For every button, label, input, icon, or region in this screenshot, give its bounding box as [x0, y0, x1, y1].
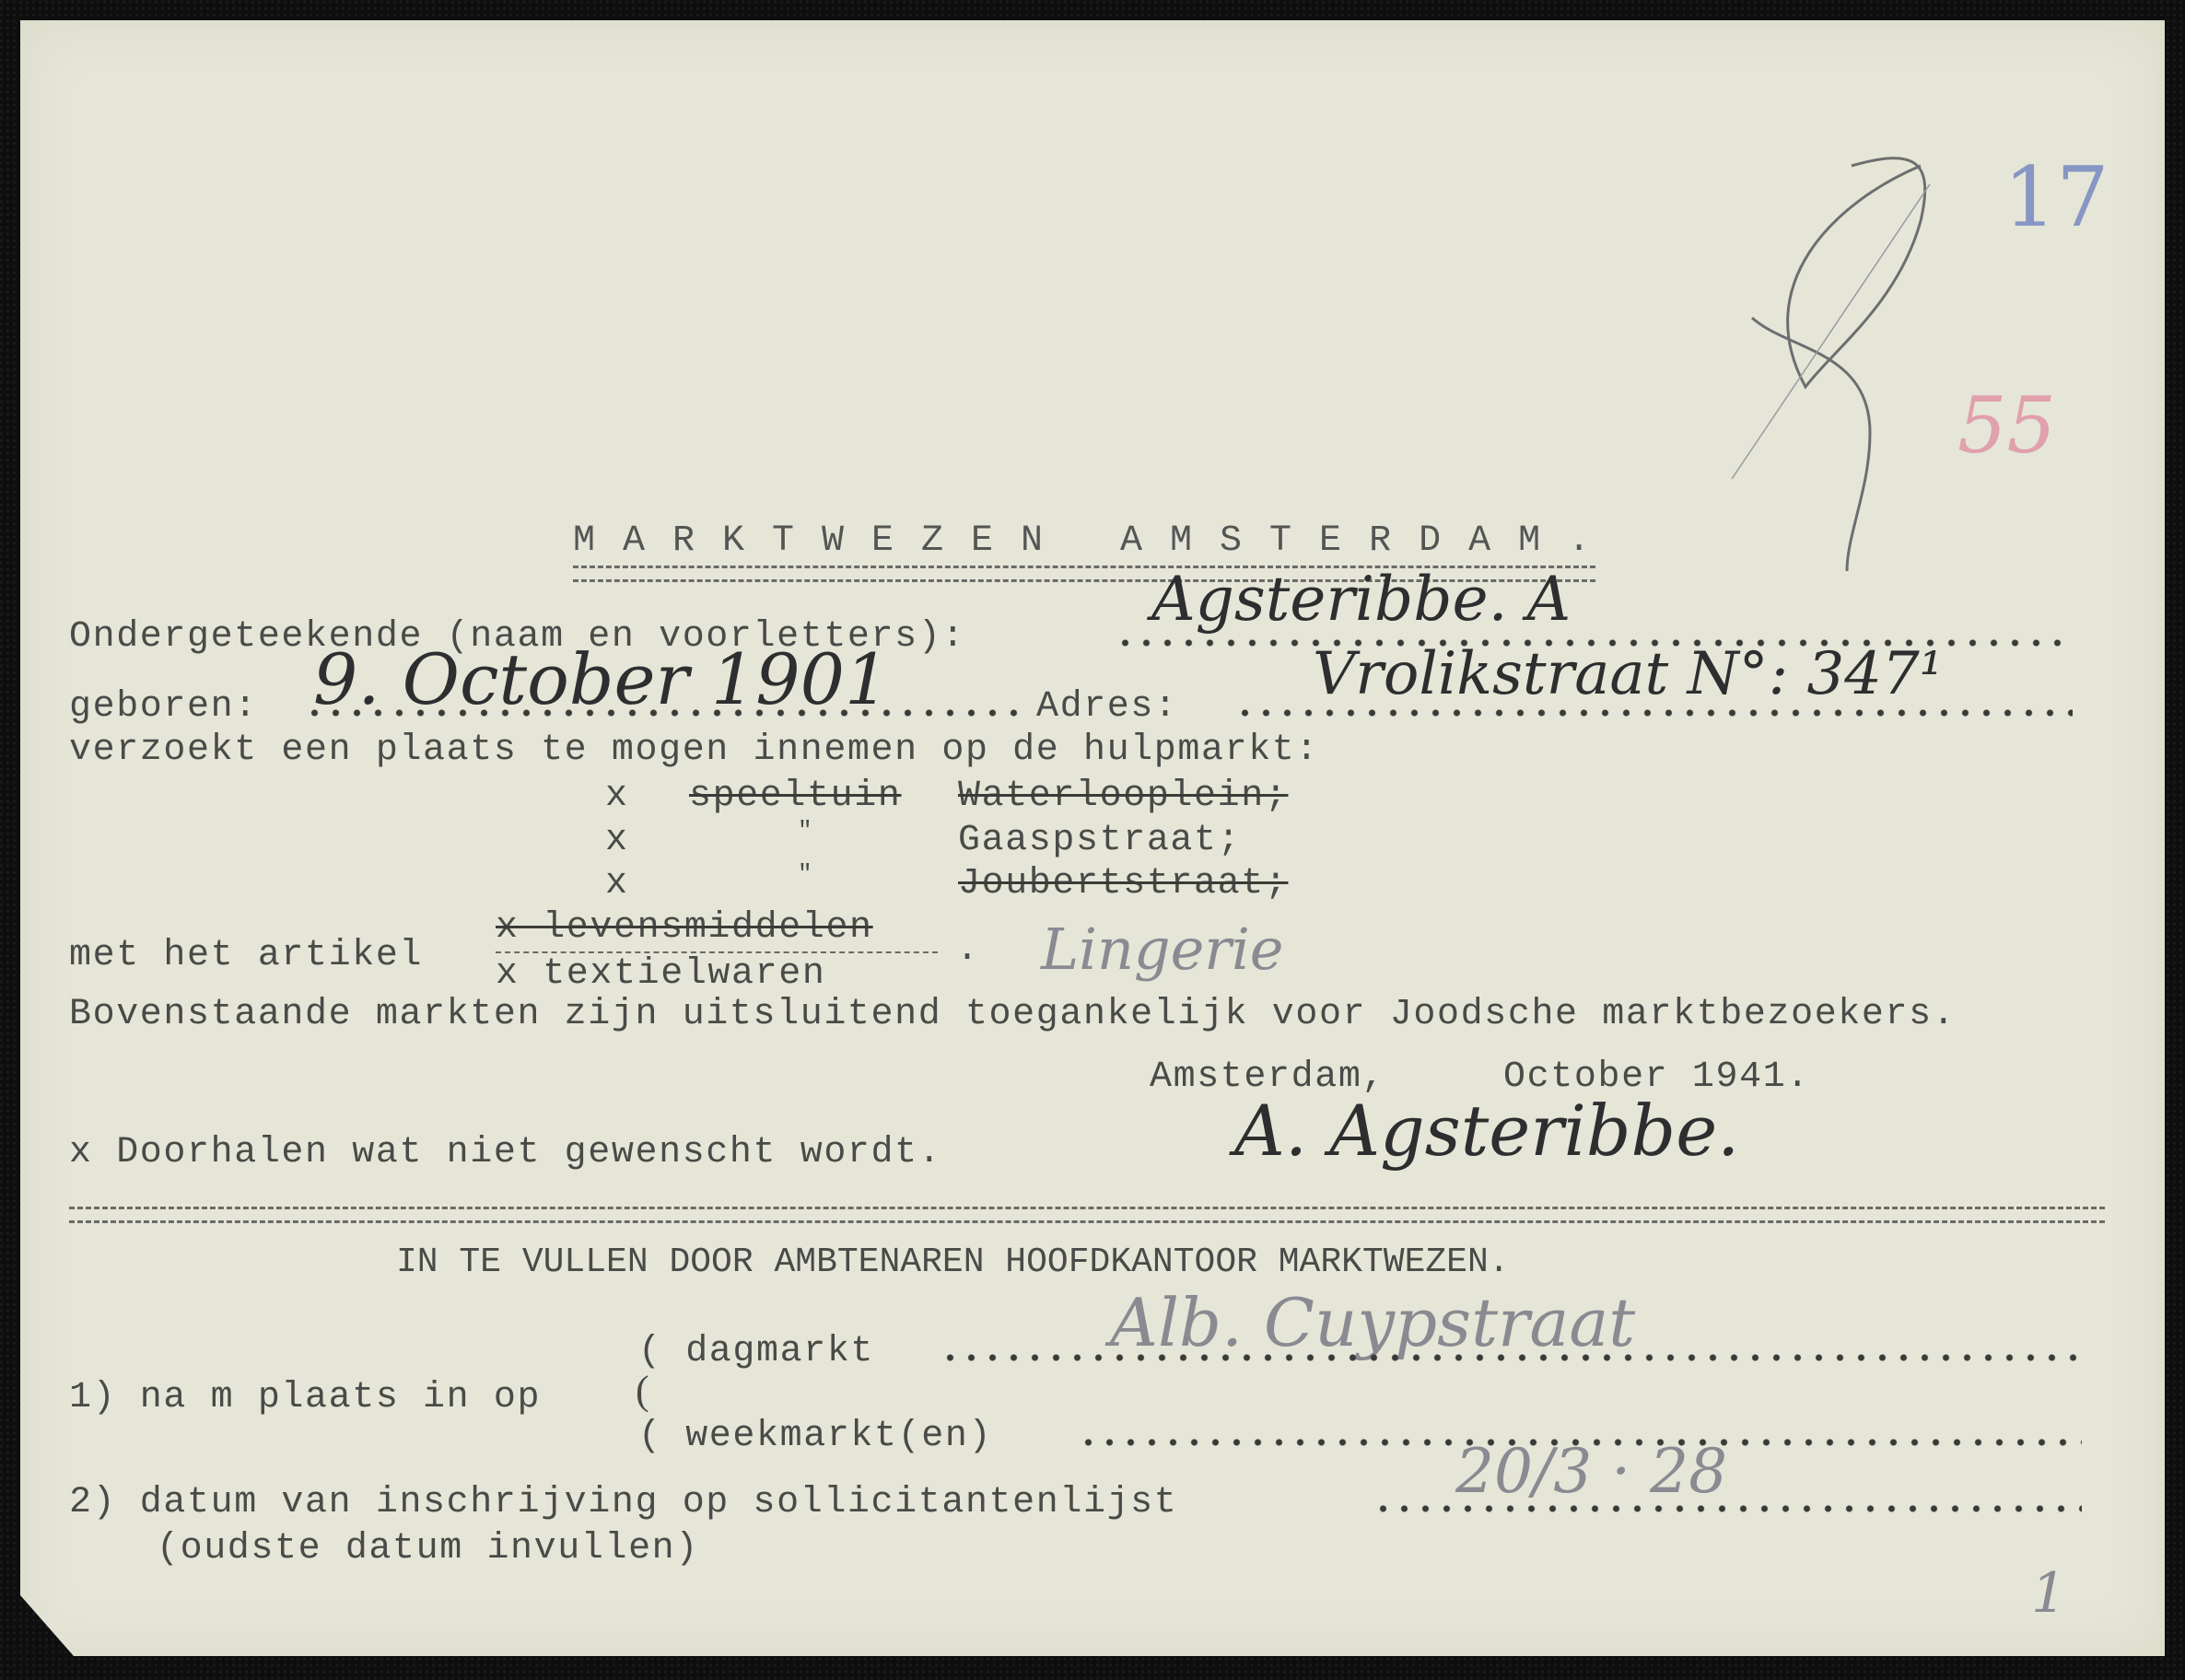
- address-value: Vrolikstraat N°: 347¹: [1313, 645, 1943, 704]
- article-option-1: x levensmiddelen: [496, 910, 873, 947]
- office-section-title: IN TE VULLEN DOOR AMBTENAREN HOOFDKANTOO…: [396, 1245, 1510, 1280]
- item1-brace: (: [636, 1371, 649, 1411]
- footnote: x Doorhalen wat niet gewenscht wordt.: [69, 1135, 941, 1172]
- item1-day-dotted-line: [940, 1354, 2082, 1361]
- article-handwritten: Lingerie: [1041, 921, 1283, 978]
- market-name-3: Joubertstraat;: [958, 866, 1288, 903]
- item1-handwritten: Alb. Cuypstraat: [1110, 1289, 1635, 1356]
- notice-text: Bovenstaande markten zijn uitsluitend to…: [69, 997, 1956, 1033]
- market-prefix-1: speeltuin: [689, 778, 901, 815]
- address-label: Adres:: [1036, 689, 1178, 726]
- article-label: met het artikel: [69, 938, 423, 974]
- market-marker-1: x: [605, 778, 629, 815]
- signature: A. Agsteribbe.: [1234, 1096, 1739, 1166]
- request-intro: verzoekt een plaats te mogen innemen op …: [69, 732, 1319, 769]
- market-name-1: Waterlooplein;: [958, 778, 1288, 815]
- blue-pencil-mark: 17: [2004, 157, 2109, 239]
- item2-label: 2) datum van inschrijving op sollicitant…: [69, 1485, 1177, 1522]
- item1-option-day: ( dagmarkt: [638, 1334, 874, 1371]
- market-marker-3: x: [605, 866, 629, 903]
- article-period: .: [956, 932, 980, 969]
- document-title: MARKTWEZEN AMSTERDAM.: [573, 523, 1618, 560]
- market-marker-2: x: [605, 822, 629, 859]
- market-name-2: Gaaspstraat;: [958, 822, 1241, 859]
- article-option-2: x textielwaren: [496, 956, 825, 993]
- address-dotted-line: [1234, 709, 2073, 717]
- section-separator: [69, 1207, 2105, 1223]
- market-prefix-3: ": [798, 862, 813, 886]
- name-value: Agsteribbe. A: [1151, 569, 1571, 630]
- born-label: geboren:: [69, 689, 258, 726]
- item1-option-week: ( weekmarkt(en): [638, 1418, 992, 1455]
- item1-label: 1) na m plaats in op: [69, 1380, 541, 1417]
- red-pencil-mark: 55: [1957, 387, 2056, 464]
- item2-sublabel: (oudste datum invullen): [157, 1531, 699, 1568]
- corner-pencil-mark: 1: [2031, 1566, 2066, 1621]
- market-prefix-2: ": [798, 819, 813, 843]
- item2-handwritten: 20/3 · 28: [1455, 1441, 1727, 1502]
- born-value: 9. October 1901: [313, 645, 889, 715]
